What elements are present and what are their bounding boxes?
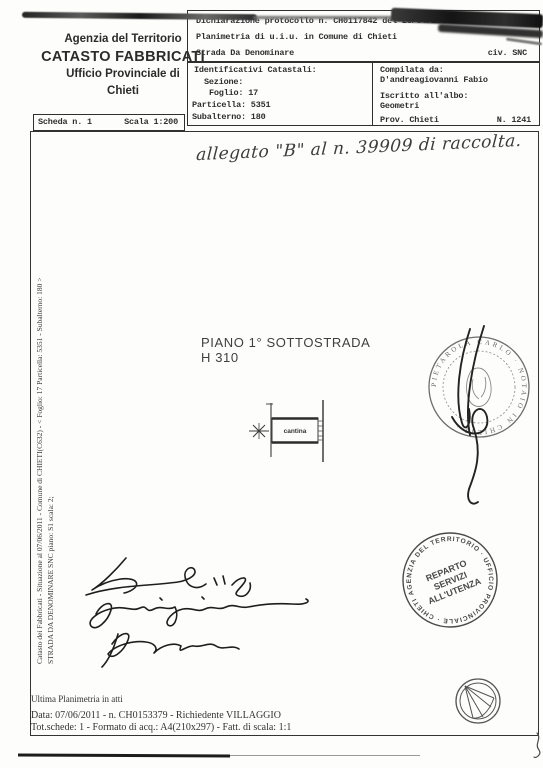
stamp-outer-ring (429, 337, 529, 437)
svg-text:PIETAROLA CARLO · NOTAIO IN CH: PIETAROLA CARLO · NOTAIO IN CHIETI · (430, 338, 528, 436)
signature-2 (90, 597, 308, 628)
floor-label-block: PIANO 1° SOTTOSTRADA H 310 (201, 335, 370, 365)
albo-value: Geometri (380, 101, 419, 111)
cantina-plan-drawing: cantina (245, 395, 340, 470)
signature-3 (102, 634, 239, 667)
side-caption-line1: Catasto dei Fabbricati - Situazione al 0… (34, 142, 45, 664)
side-caption-line2: STRADA DA DENOMINARE SNC piano: S1 scala… (45, 142, 56, 664)
street-name: Strada Da Denominare (196, 48, 294, 58)
sheet-scale-box: Scheda n. 1 Scala 1:200 (33, 114, 185, 131)
foglio-value: Foglio: 17 (209, 88, 258, 98)
civic-number: civ. SNC (488, 48, 527, 58)
bottom-thick-line (18, 753, 230, 757)
agency-name: Agenzia del Territorio (38, 31, 208, 48)
smudge-top-middle (253, 16, 398, 19)
small-round-stamp (452, 675, 504, 729)
compiled-by-name: D'andreagiovanni Fabio (380, 75, 488, 85)
smudge-top-left (22, 12, 257, 20)
signatures-block (82, 548, 332, 673)
stamp-inner-ring (443, 351, 515, 423)
particella-value: Particella: 5351 (192, 100, 270, 110)
notary-signature (452, 326, 487, 504)
scale-value: Scala 1:200 (124, 117, 178, 127)
office-city: Chieti (38, 83, 208, 100)
stamp-fan-lines (465, 686, 494, 718)
signature-1 (86, 558, 250, 596)
agency-header: Agenzia del Territorio CATASTO FABBRICAT… (38, 31, 208, 100)
planimetry-line: Planimetria di u.i.u. in Comune di Chiet… (196, 32, 397, 42)
floor-label: PIANO 1° SOTTOSTRADA (201, 335, 370, 350)
professional-number: N. 1241 (497, 115, 531, 125)
room-label: cantina (284, 428, 307, 435)
register-title: CATASTO FABBRICATI (38, 48, 208, 66)
corner-pen-squiggle (532, 732, 543, 762)
cadastral-planimetry-scan: Agenzia del Territorio CATASTO FABBRICAT… (0, 0, 543, 768)
bottom-thin-line (230, 755, 420, 756)
office-line: Ufficio Provinciale di (38, 66, 208, 83)
cadastral-identifiers-box: Identificativi Catastali: Sezione: Fogli… (187, 61, 540, 126)
notary-stamp: PIETAROLA CARLO · NOTAIO IN CHIETI · (413, 323, 543, 518)
compiled-by-label: Compilata da: (380, 65, 444, 75)
side-caption: Catasto dei Fabbricati - Situazione al 0… (34, 142, 58, 664)
notary-arc-text: PIETAROLA CARLO · NOTAIO IN CHIETI · (430, 338, 528, 436)
footer-line3: Tot.schede: 1 - Formato di acq.: A4(210x… (31, 722, 291, 733)
province-value: Prov. Chieti (380, 115, 439, 125)
sezione-label: Sezione: (204, 77, 243, 87)
identifiers-title: Identificativi Catastali: (194, 65, 317, 75)
agency-stamp: AGENZIA DEL TERRITORIO · UFFICIO PROVINC… (396, 526, 504, 634)
footer-line1: Ultima Planimetria in atti (31, 694, 123, 704)
door-symbol (249, 423, 269, 439)
subalterno-value: Subalterno: 180 (192, 112, 266, 122)
albo-label: Iscritto all'albo: (380, 91, 468, 101)
footer-line2: Data: 07/06/2011 - n. CH0153379 - Richie… (31, 710, 281, 721)
sheet-number: Scheda n. 1 (38, 117, 92, 127)
column-divider (372, 62, 373, 125)
floor-height: H 310 (201, 350, 370, 365)
